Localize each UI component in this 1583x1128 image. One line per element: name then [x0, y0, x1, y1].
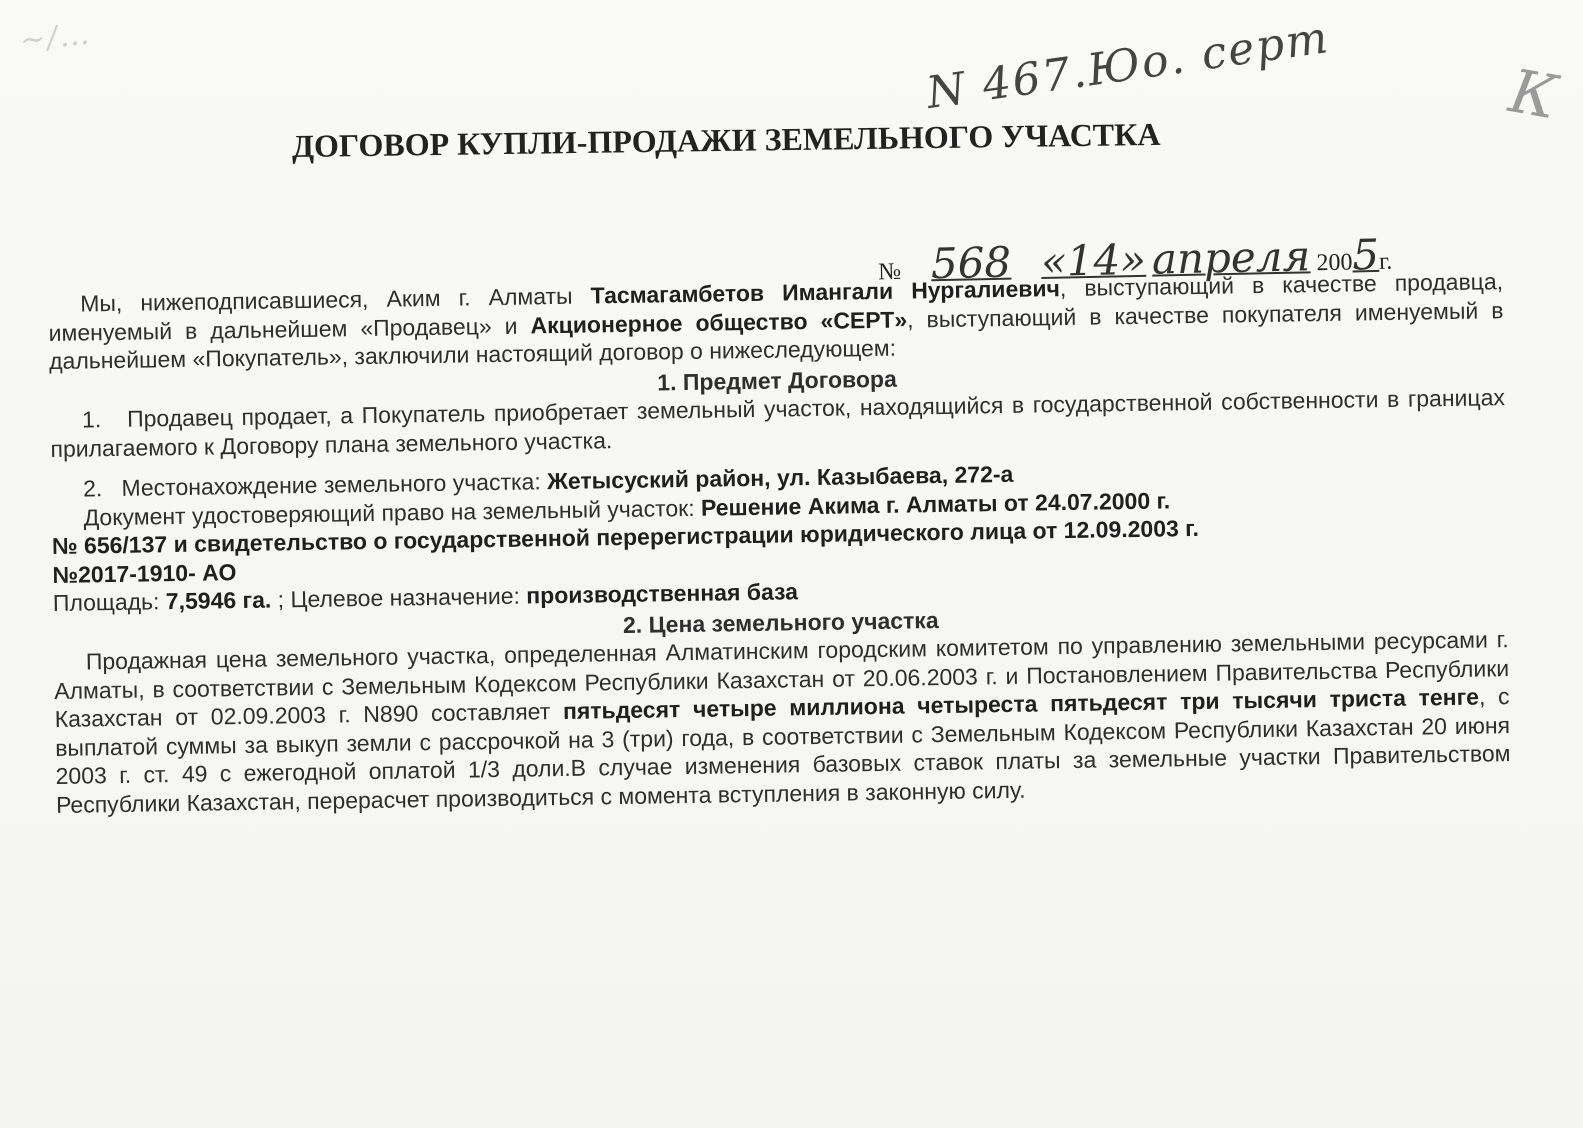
purpose-value: производственная база: [526, 578, 798, 608]
seller-name: Тасмагамбетов Имангали Нургалиевич: [590, 275, 1060, 308]
certificate-number: №2017-1910- АО: [52, 559, 236, 588]
document-title: ДОГОВОР КУПЛИ-ПРОДАЖИ ЗЕМЕЛЬНОГО УЧАСТКА: [292, 114, 1292, 165]
item-number: 1.: [82, 406, 102, 432]
handwritten-reference-number: N 467.Юо. серт: [923, 12, 1332, 119]
area-label: Площадь:: [53, 588, 166, 616]
price-paragraph: Продажная цена земельного участка, опред…: [54, 625, 1512, 819]
buyer-name: Акционерное общество «СЕРТ»: [530, 306, 907, 338]
handwritten-margin-mark: К: [1504, 56, 1564, 133]
area-value: 7,5946 га.: [166, 587, 272, 615]
purpose-label: ; Целевое назначение:: [271, 583, 526, 613]
item-number: 2.: [83, 475, 103, 501]
scanned-document-page: ~/… N 467.Юо. серт К ДОГОВОР КУПЛИ-ПРОДА…: [0, 0, 1583, 1128]
location-label: Местонахождение земельного участка:: [121, 468, 547, 501]
document-body: Мы, нижеподписавшиеся, Аким г. Алматы Та…: [48, 267, 1511, 819]
handwritten-scribble: ~/…: [18, 16, 93, 58]
